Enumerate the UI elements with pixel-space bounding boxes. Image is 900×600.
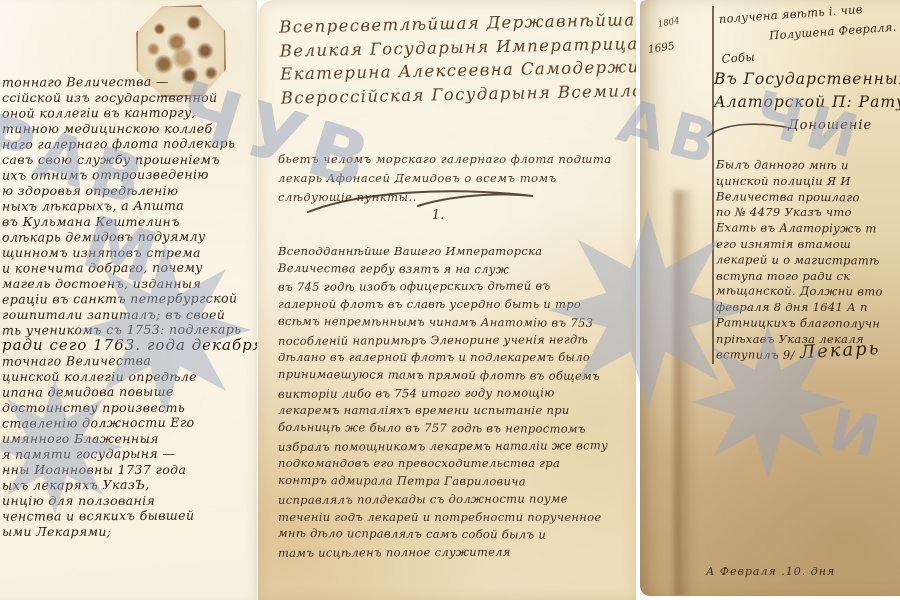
received-annotation: получена явѣть і. чивПолушена Февраля. 2… bbox=[718, 0, 900, 69]
manuscript-line: дѣлано въ галерной флотъ и подлекаремъ б… bbox=[278, 349, 634, 367]
manuscript-line: больницѣ же было въ 757 годѣ въ непросто… bbox=[278, 419, 634, 439]
manuscript-line: лекарей и о магистратѣ bbox=[716, 252, 900, 269]
manuscript-line: магель достоенъ, изданныя bbox=[2, 276, 257, 292]
manuscript-line: Ехать въ Алаторіужъ т bbox=[716, 221, 900, 238]
manuscript-line: ть ученикомъ съ 1753: подлекарь bbox=[2, 321, 257, 338]
manuscript-line: бьетъ челомъ морскаго галернаго флота по… bbox=[278, 150, 628, 169]
right-manuscript-page: 1804 1695 получена явѣть і. чивПолушена … bbox=[640, 0, 900, 596]
date-note: А Февраля .10. дня bbox=[706, 565, 835, 578]
manuscript-line: контръ адмирала Петра Гавриловича bbox=[278, 472, 634, 492]
manuscript-line: ставленію должности Его bbox=[2, 414, 257, 431]
manuscript-line: цинской полиціи Я И bbox=[716, 174, 900, 190]
manuscript-line: оной коллегіи въ канторгу, bbox=[2, 104, 257, 121]
manuscript-line: олѣкарь демидовъ подуямлу bbox=[2, 228, 257, 245]
manuscript-line: ради сего 1763. года декабря дня bbox=[2, 338, 257, 354]
manuscript-line: его изнятія втамош bbox=[716, 237, 900, 253]
manuscript-line: и конечита добраго, почему bbox=[2, 259, 257, 276]
middle-manuscript-page: Всепресветлѣйшая ДержавнѣйшаяВеликая Гос… bbox=[258, 0, 636, 600]
doc-title: Доношеніе bbox=[788, 118, 872, 133]
manuscript-scan: тоннаго Величества —ссійской изъ государ… bbox=[0, 0, 900, 600]
manuscript-line: ераціи въ санктъ петербургской bbox=[2, 290, 257, 307]
manuscript-line: ыхъ лекаряхъ УказЪ, bbox=[2, 476, 257, 493]
manuscript-line: тоннаго Величества — bbox=[2, 73, 257, 90]
manuscript-line: галерной флотъ въ славѣ усердно быть и т… bbox=[278, 296, 634, 314]
manuscript-line: всѣмъ непремѣннымъ чинамъ Анатомію въ 75… bbox=[278, 313, 634, 333]
manuscript-line: Въ Государственныхъ bbox=[714, 68, 900, 91]
manuscript-line: ныхъ лѣкарыхъ, а Апшта bbox=[2, 197, 257, 214]
manuscript-line: цинской коллегіи опредѣле bbox=[2, 369, 257, 385]
manuscript-line: Алаторской П: Ратушни bbox=[714, 91, 900, 114]
manuscript-line: въ 745 годѣ изобъ офицерскихъ дѣтей въ bbox=[278, 277, 634, 297]
manuscript-line: гошпитали запиталъ; въ своей bbox=[2, 307, 257, 323]
manuscript-line: тамъ исцѣленъ полное служителя bbox=[278, 543, 634, 563]
manuscript-line: я памяти государыня — bbox=[2, 445, 257, 462]
manuscript-line: избралъ помощникомъ лекаремъ наталіи же … bbox=[278, 437, 634, 457]
page-fold-shadow bbox=[674, 190, 696, 596]
manuscript-line: ихъ отнимъ отпроизведенію bbox=[2, 166, 257, 183]
manuscript-line: вступа того ради ск bbox=[716, 269, 900, 285]
manuscript-line: викторіи либо въ 754 итого году помощію bbox=[278, 384, 634, 404]
left-manuscript-page: тоннаго Величества —ссійской изъ государ… bbox=[0, 0, 257, 600]
manuscript-line: достоинству произвесть bbox=[2, 400, 257, 416]
manuscript-line: наго галернаго флота подлекарь bbox=[2, 135, 257, 152]
manuscript-line: ченства и всякихъ бывшей bbox=[2, 507, 257, 524]
manuscript-line: теченіи годъ лекарей и потребности поруч… bbox=[278, 509, 634, 527]
manuscript-line: мѣщанской. Должни вто bbox=[716, 284, 900, 301]
left-page-text: тоннаго Величества —ссійской изъ государ… bbox=[2, 74, 257, 539]
manuscript-line: по № 4479 Указъ что bbox=[716, 205, 900, 221]
manuscript-line: ипана демидова повыше bbox=[2, 383, 257, 400]
manuscript-line: ю здоровья опредѣленію bbox=[2, 183, 257, 199]
signature: Лекарь bbox=[800, 338, 881, 363]
manuscript-line: лекарь Афонасей Демидовъ о всемъ томъ bbox=[278, 169, 628, 188]
manuscript-line: пособленій напримѣръ Эленорине ученія не… bbox=[278, 331, 634, 351]
manuscript-line: ыми Лекарями; bbox=[2, 524, 257, 540]
manuscript-line: въ Кульмана Кештелинъ bbox=[2, 214, 257, 230]
manuscript-line: имянного Блаженныя bbox=[2, 431, 257, 447]
manuscript-line: мнѣ дѣло исправлялъ самъ собой былъ и bbox=[278, 525, 634, 545]
manuscript-line: Всеподданнѣйше Вашего Императорска bbox=[278, 243, 634, 261]
manuscript-line: Былъ данного мнѣ и bbox=[716, 157, 900, 174]
petition-body: Всеподданнѣйше Вашего ИмператорскаВеличе… bbox=[278, 243, 634, 562]
margin-number: 1804 bbox=[657, 16, 680, 30]
manuscript-line: инцію для ползованія bbox=[2, 493, 257, 509]
manuscript-line: подкомандовъ его превосходительства гра bbox=[278, 455, 634, 473]
manuscript-line: тинною медицинскою коллеб bbox=[2, 121, 257, 137]
petition-header: Всепресветлѣйшая ДержавнѣйшаяВеликая Гос… bbox=[279, 8, 631, 109]
manuscript-line: Ратницкихъ благополучн bbox=[716, 315, 900, 332]
section-number: 1. bbox=[408, 208, 468, 223]
margin-number: 1695 bbox=[647, 40, 675, 56]
ink-flourish bbox=[706, 120, 792, 140]
address-header: Въ ГосударственныхъАлаторской П: Ратушни bbox=[714, 68, 900, 114]
manuscript-line: щинномъ изнятовъ стрема bbox=[2, 245, 257, 261]
manuscript-line: Величества прошлаго bbox=[716, 189, 900, 206]
manuscript-line: исправлялъ полдекады съ должности поуме bbox=[278, 490, 634, 510]
manuscript-line: точнаго Величества bbox=[2, 352, 257, 369]
manuscript-line: принимавшуюся тамъ прямой флотѣ въ общем… bbox=[278, 366, 634, 386]
manuscript-line: ссійской изъ государственной bbox=[2, 90, 257, 106]
manuscript-line: лекаремъ наталіяхъ времени испытаніе при bbox=[278, 402, 634, 420]
manuscript-line: нны Иоанновны 1737 года bbox=[2, 462, 257, 478]
manuscript-line: февраля 8 дня 1641 А п bbox=[716, 300, 900, 316]
report-body: Былъ данного мнѣ ицинской полиціи Я ИВел… bbox=[716, 158, 900, 363]
margin-rule-line bbox=[712, 6, 714, 364]
manuscript-line: савъ свою службу прошеніемъ bbox=[2, 152, 257, 168]
